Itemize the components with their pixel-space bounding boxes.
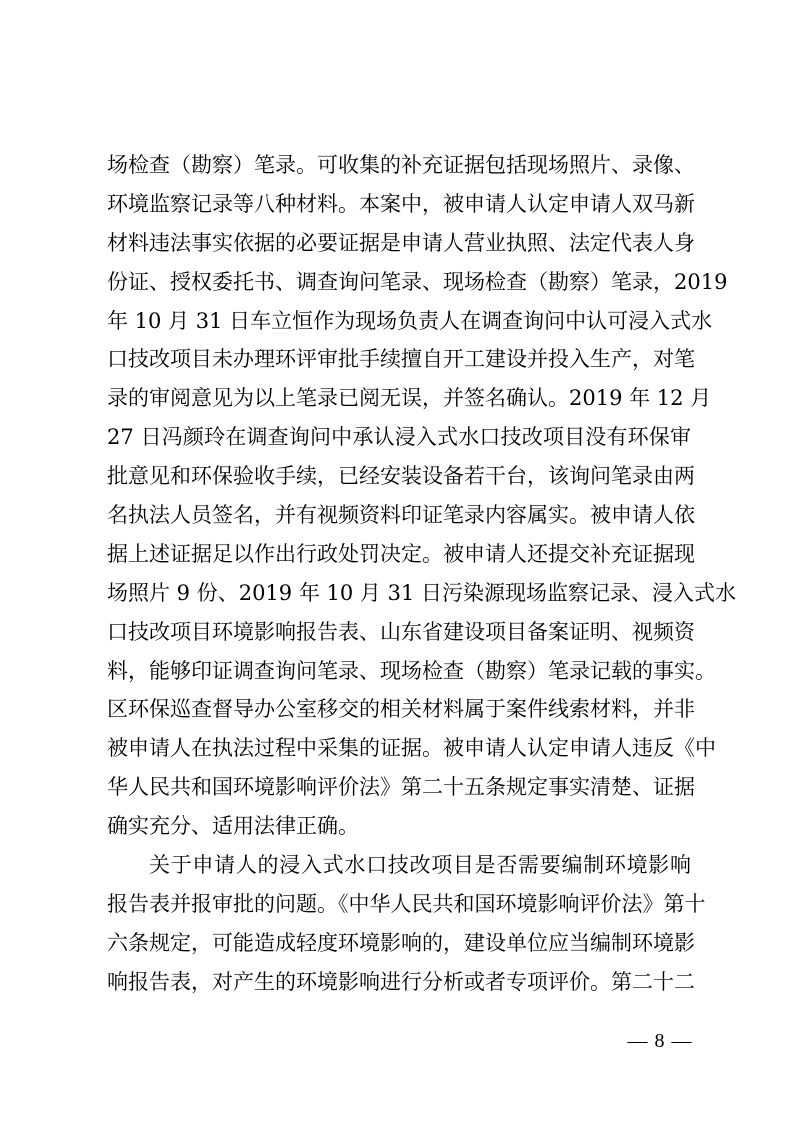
text-line: 口技改项目环境影响报告表、山东省建设项目备案证明、视频资: [107, 613, 691, 652]
text-line: 报告表并报审批的问题。《中华人民共和国环境影响评价法》第十: [107, 885, 691, 924]
text-line: 华人民共和国环境影响评价法》第二十五条规定事实清楚、证据: [107, 768, 691, 807]
text-line: 据上述证据足以作出行政处罚决定。被申请人还提交补充证据现: [107, 535, 691, 574]
page-number: — 8 —: [620, 1030, 700, 1053]
text-line: 口技改项目未办理环评审批手续擅自开工建设并投入生产，对笔: [107, 340, 691, 379]
paragraph-end-line: 确实充分、适用法律正确。: [107, 807, 691, 846]
text-line: 响报告表，对产生的环境影响进行分析或者专项评价。第二十二: [107, 963, 691, 1002]
text-line: 被申请人在执法过程中采集的证据。被申请人认定申请人违反《中: [107, 729, 691, 768]
text-line: 份证、授权委托书、调查询问笔录、现场检查（勘察）笔录，2019: [107, 263, 691, 302]
text-line: 场检查（勘察）笔录。可收集的补充证据包括现场照片、录像、: [107, 146, 691, 185]
text-line: 材料违法事实依据的必要证据是申请人营业执照、法定代表人身: [107, 224, 691, 263]
text-line: 六条规定，可能造成轻度环境影响的，建设单位应当编制环境影: [107, 924, 691, 963]
text-line: 27 日冯颜玲在调查询问中承认浸入式水口技改项目没有环保审: [107, 418, 691, 457]
text-line: 年 10 月 31 日车立恒作为现场负责人在调查询问中认可浸入式水: [107, 302, 691, 341]
text-line: 区环保巡查督导办公室移交的相关材料属于案件线索材料，并非: [107, 690, 691, 729]
text-line: 料，能够印证调查询问笔录、现场检查（勘察）笔录记载的事实。: [107, 652, 691, 691]
paragraph-start-line: 关于申请人的浸入式水口技改项目是否需要编制环境影响: [107, 846, 691, 885]
text-line: 批意见和环保验收手续，已经安装设备若干台，该询问笔录由两: [107, 457, 691, 496]
body-text: 场检查（勘察）笔录。可收集的补充证据包括现场照片、录像、 环境监察记录等八种材料…: [107, 146, 691, 1002]
text-line: 名执法人员签名，并有视频资料印证笔录内容属实。被申请人依: [107, 496, 691, 535]
text-line: 环境监察记录等八种材料。本案中，被申请人认定申请人双马新: [107, 185, 691, 224]
document-page: 场检查（勘察）笔录。可收集的补充证据包括现场照片、录像、 环境监察记录等八种材料…: [0, 0, 794, 1123]
text-line: 录的审阅意见为以上笔录已阅无误，并签名确认。2019 年 12 月: [107, 379, 691, 418]
text-line: 场照片 9 份、2019 年 10 月 31 日污染源现场监察记录、浸入式水: [107, 574, 691, 613]
